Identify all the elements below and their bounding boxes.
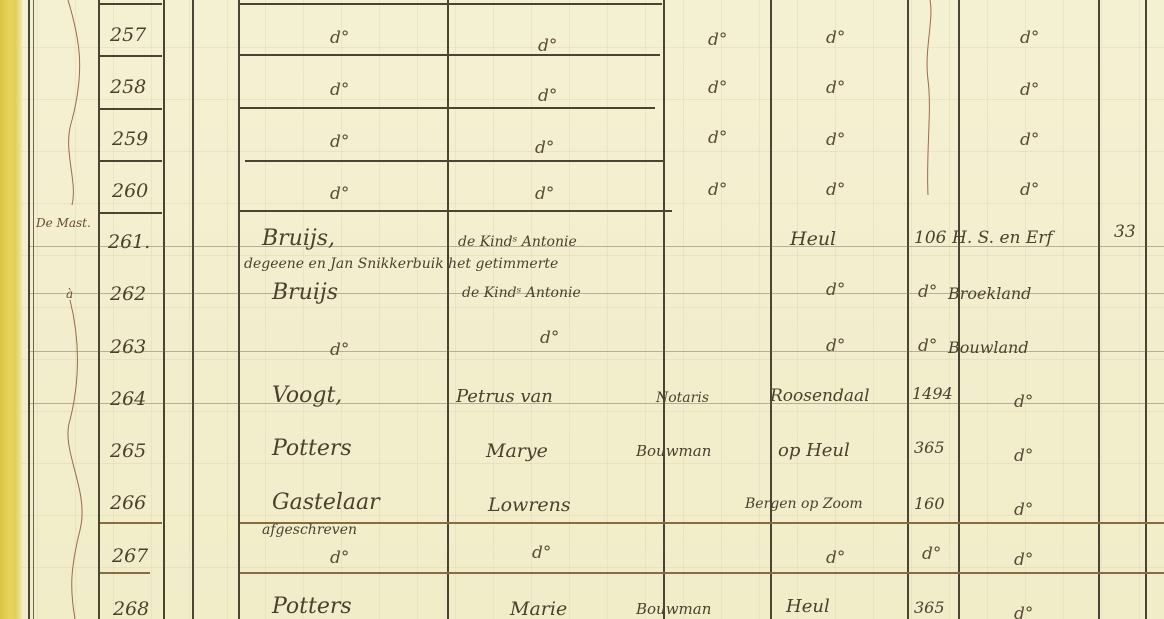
row-rule bbox=[100, 212, 162, 214]
given-name-cell: de Kindˢ Antonie bbox=[462, 285, 581, 301]
page-edge bbox=[0, 0, 22, 619]
description-cell: d° bbox=[1014, 550, 1033, 570]
given-name-cell: Marie bbox=[510, 598, 567, 619]
occupation-cell: d° bbox=[708, 78, 727, 98]
given-name-cell: d° bbox=[535, 138, 554, 158]
given-name-cell: d° bbox=[535, 184, 554, 204]
surname-cell: d° bbox=[330, 28, 349, 48]
row-number: 261. bbox=[108, 231, 150, 253]
bracket-mark bbox=[920, 0, 940, 200]
description-cell: d° bbox=[1020, 80, 1039, 100]
occupation-cell: Bouwman bbox=[636, 442, 711, 460]
place-cell: d° bbox=[826, 548, 845, 568]
description-cell: Broekland bbox=[948, 284, 1031, 303]
description-cell: d° bbox=[1014, 392, 1033, 412]
occupation-cell: Notaris bbox=[656, 390, 709, 406]
occupation-cell: d° bbox=[708, 30, 727, 50]
column-rule bbox=[958, 0, 960, 619]
row-rule bbox=[100, 160, 162, 162]
column-rule bbox=[663, 0, 665, 619]
description-cell: d° bbox=[1014, 446, 1033, 466]
given-name-cell: Lowrens bbox=[488, 494, 571, 516]
occupation-cell: Bouwman bbox=[636, 600, 711, 618]
occupation-cell: d° bbox=[708, 180, 727, 200]
given-name-cell: d° bbox=[538, 36, 557, 56]
column-rule bbox=[33, 0, 34, 619]
given-name-cell: Marye bbox=[486, 440, 548, 462]
place-cell: Roosendaal bbox=[770, 386, 870, 406]
place-cell: d° bbox=[826, 180, 845, 200]
house-number-cell: d° bbox=[918, 282, 937, 302]
row-number: 262 bbox=[110, 283, 146, 305]
column-rule bbox=[98, 0, 100, 619]
given-name-cell: d° bbox=[538, 86, 557, 106]
column-rule bbox=[907, 0, 909, 619]
surname-cell: d° bbox=[330, 548, 349, 568]
annotation: afgeschreven bbox=[262, 522, 357, 538]
column-rule bbox=[1098, 0, 1100, 619]
row-rule bbox=[100, 55, 162, 57]
surname-cell: Potters bbox=[272, 594, 352, 619]
column-rule bbox=[1145, 0, 1147, 619]
house-number-cell: 1494 bbox=[912, 384, 953, 403]
place-cell: Heul bbox=[786, 596, 830, 617]
given-name-cell: de Kindˢ Antonie bbox=[458, 234, 577, 250]
surname-cell: d° bbox=[330, 132, 349, 152]
given-name-cell: d° bbox=[540, 328, 559, 348]
house-number-cell: 365 bbox=[914, 438, 945, 457]
description-cell: d° bbox=[1020, 130, 1039, 150]
column-rule bbox=[192, 0, 194, 619]
row-rule bbox=[240, 572, 1164, 574]
row-rule bbox=[240, 107, 655, 109]
house-number-cell: 365 bbox=[914, 598, 945, 617]
row-rule bbox=[240, 522, 1164, 524]
column-rule bbox=[163, 0, 165, 619]
place-cell: op Heul bbox=[778, 440, 850, 461]
annotation: degeene en Jan Snikkerbuik het getimmert… bbox=[244, 256, 558, 272]
ledger-page: De Mast. à 257 258 259 260 261. 262 263 … bbox=[0, 0, 1164, 619]
row-rule bbox=[100, 108, 162, 110]
given-name-cell: d° bbox=[532, 543, 551, 563]
row-rule bbox=[240, 54, 660, 56]
place-cell: d° bbox=[826, 130, 845, 150]
row-rule bbox=[240, 3, 662, 5]
description-cell: d° bbox=[1014, 500, 1033, 520]
place-cell: d° bbox=[826, 280, 845, 300]
description-cell: d° bbox=[1014, 604, 1033, 619]
description-cell: d° bbox=[1020, 180, 1039, 200]
place-cell: d° bbox=[826, 28, 845, 48]
row-number: 265 bbox=[110, 440, 146, 462]
surname-cell: d° bbox=[330, 80, 349, 100]
place-cell: d° bbox=[826, 78, 845, 98]
row-number: 267 bbox=[112, 545, 148, 567]
occupation-cell: d° bbox=[708, 128, 727, 148]
row-rule bbox=[100, 522, 162, 524]
column-rule bbox=[447, 0, 449, 619]
description-cell: d° bbox=[1020, 28, 1039, 48]
surname-cell: Bruijs, bbox=[262, 226, 335, 251]
house-number-cell: 106 bbox=[914, 228, 946, 248]
row-number: 258 bbox=[110, 76, 146, 98]
description-cell: Bouwland bbox=[948, 338, 1029, 357]
surname-cell: Potters bbox=[272, 436, 352, 461]
row-number: 266 bbox=[110, 492, 146, 514]
place-cell: Heul bbox=[790, 228, 836, 250]
surname-cell: Gastelaar bbox=[272, 490, 380, 515]
row-number: 260 bbox=[112, 180, 148, 202]
value-cell: 33 bbox=[1114, 222, 1136, 242]
bracket-mark bbox=[50, 0, 90, 210]
row-rule bbox=[100, 3, 162, 5]
row-number: 259 bbox=[112, 128, 148, 150]
margin-note: De Mast. bbox=[36, 216, 91, 230]
faint-rule bbox=[30, 403, 1164, 404]
surname-cell: Bruijs bbox=[272, 280, 338, 305]
description-cell: H. S. en Erf bbox=[952, 228, 1053, 248]
column-rule bbox=[770, 0, 772, 619]
place-cell: d° bbox=[826, 336, 845, 356]
house-number-cell: 160 bbox=[914, 494, 945, 513]
bracket-mark bbox=[55, 300, 95, 619]
surname-cell: Voogt, bbox=[272, 383, 342, 408]
row-number: 268 bbox=[113, 598, 149, 619]
row-rule bbox=[240, 210, 672, 212]
house-number-cell: d° bbox=[922, 544, 941, 564]
column-rule bbox=[238, 0, 240, 619]
column-rule bbox=[28, 0, 30, 619]
row-number: 257 bbox=[110, 24, 146, 46]
row-number: 263 bbox=[110, 336, 146, 358]
row-rule bbox=[100, 572, 150, 574]
house-number-cell: d° bbox=[918, 336, 937, 356]
row-number: 264 bbox=[110, 388, 146, 410]
row-rule bbox=[245, 160, 665, 162]
given-name-cell: Petrus van bbox=[456, 386, 553, 407]
surname-cell: d° bbox=[330, 184, 349, 204]
surname-cell: d° bbox=[330, 340, 349, 360]
margin-note: à bbox=[66, 287, 73, 301]
place-cell: Bergen op Zoom bbox=[745, 496, 863, 512]
